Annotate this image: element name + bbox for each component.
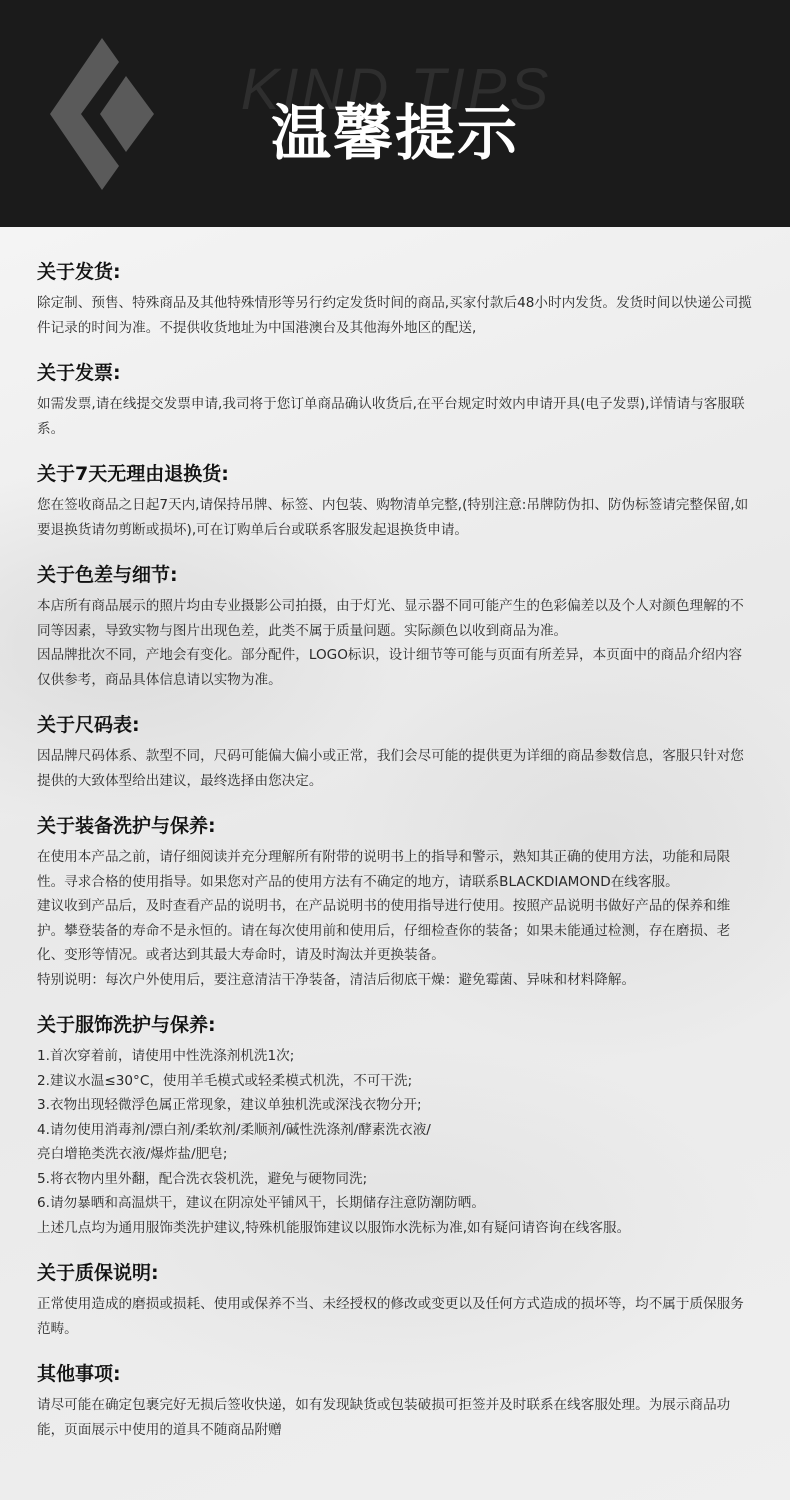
section-paragraph: 建议收到产品后，及时查看产品的说明书，在产品说明书的使用指导进行使用。按照产品说…: [37, 894, 753, 968]
tip-section: 关于尺码表:因品牌尺码体系、款型不同，尺码可能偏大偏小或正常，我们会尽可能的提供…: [37, 712, 753, 793]
section-paragraph: 4.请勿使用消毒剂/漂白剂/柔软剂/柔顺剂/碱性洗涤剂/酵素洗衣液/ 亮白增艳类…: [37, 1118, 753, 1167]
section-title: 关于7天无理由退换货:: [37, 461, 753, 487]
section-paragraph: 您在签收商品之日起7天内,请保持吊牌、标签、内包装、购物清单完整,(特别注意:吊…: [37, 493, 753, 542]
section-paragraph: 3.衣物出现轻微浮色属正常现象，建议单独机洗或深浅衣物分开;: [37, 1093, 753, 1118]
section-paragraph: 如需发票,请在线提交发票申请,我司将于您订单商品确认收货后,在平台规定时效内申请…: [37, 392, 753, 441]
section-paragraph: 请尽可能在确定包裹完好无损后签收快递，如有发现缺货或包装破损可拒签并及时联系在线…: [37, 1393, 753, 1442]
tip-section: 关于色差与细节:本店所有商品展示的照片均由专业摄影公司拍摄，由于灯光、显示器不同…: [37, 562, 753, 692]
section-paragraph: 因品牌尺码体系、款型不同，尺码可能偏大偏小或正常，我们会尽可能的提供更为详细的商…: [37, 744, 753, 793]
tip-section: 关于发票:如需发票,请在线提交发票申请,我司将于您订单商品确认收货后,在平台规定…: [37, 360, 753, 441]
section-title: 其他事项:: [37, 1361, 753, 1387]
tip-section: 其他事项:请尽可能在确定包裹完好无损后签收快递，如有发现缺货或包装破损可拒签并及…: [37, 1361, 753, 1442]
section-paragraph: 5.将衣物内里外翻，配合洗衣袋机洗，避免与硬物同洗;: [37, 1167, 753, 1192]
section-paragraph: 特别说明：每次户外使用后，要注意清洁干净装备，清洁后彻底干燥：避免霉菌、异味和材…: [37, 968, 753, 993]
tip-section: 关于服饰洗护与保养:1.首次穿着前，请使用中性洗涤剂机洗1次;2.建议水温≤30…: [37, 1012, 753, 1240]
section-paragraph: 除定制、预售、特殊商品及其他特殊情形等另行约定发货时间的商品,买家付款后48小时…: [37, 291, 753, 340]
section-title: 关于发货:: [37, 259, 753, 285]
page-title: 温馨提示: [0, 86, 790, 172]
section-title: 关于服饰洗护与保养:: [37, 1012, 753, 1038]
section-title: 关于发票:: [37, 360, 753, 386]
section-title: 关于质保说明:: [37, 1260, 753, 1286]
section-title: 关于尺码表:: [37, 712, 753, 738]
tip-section: 关于发货:除定制、预售、特殊商品及其他特殊情形等另行约定发货时间的商品,买家付款…: [37, 259, 753, 340]
header-banner: KIND TIPS 温馨提示: [0, 0, 790, 227]
section-paragraph: 正常使用造成的磨损或损耗、使用或保养不当、未经授权的修改或变更以及任何方式造成的…: [37, 1292, 753, 1341]
section-title: 关于色差与细节:: [37, 562, 753, 588]
tip-section: 关于7天无理由退换货:您在签收商品之日起7天内,请保持吊牌、标签、内包装、购物清…: [37, 461, 753, 542]
section-paragraph: 本店所有商品展示的照片均由专业摄影公司拍摄，由于灯光、显示器不同可能产生的色彩偏…: [37, 594, 753, 643]
section-paragraph: 因品牌批次不同，产地会有变化。部分配件，LOGO标识，设计细节等可能与页面有所差…: [37, 643, 753, 692]
section-paragraph: 在使用本产品之前，请仔细阅读并充分理解所有附带的说明书上的指导和警示，熟知其正确…: [37, 845, 753, 894]
tip-section: 关于装备洗护与保养:在使用本产品之前，请仔细阅读并充分理解所有附带的说明书上的指…: [37, 813, 753, 992]
section-paragraph: 2.建议水温≤30°C，使用羊毛模式或轻柔模式机洗，不可干洗;: [37, 1069, 753, 1094]
tips-content: 关于发货:除定制、预售、特殊商品及其他特殊情形等另行约定发货时间的商品,买家付款…: [0, 227, 790, 1500]
section-title: 关于装备洗护与保养:: [37, 813, 753, 839]
tip-section: 关于质保说明:正常使用造成的磨损或损耗、使用或保养不当、未经授权的修改或变更以及…: [37, 1260, 753, 1341]
section-paragraph: 1.首次穿着前，请使用中性洗涤剂机洗1次;: [37, 1044, 753, 1069]
section-paragraph: 上述几点均为通用服饰类洗护建议,特殊机能服饰建议以服饰水洗标为准,如有疑问请咨询…: [37, 1216, 753, 1241]
section-paragraph: 6.请勿暴晒和高温烘干，建议在阴凉处平铺风干，长期储存注意防潮防晒。: [37, 1191, 753, 1216]
